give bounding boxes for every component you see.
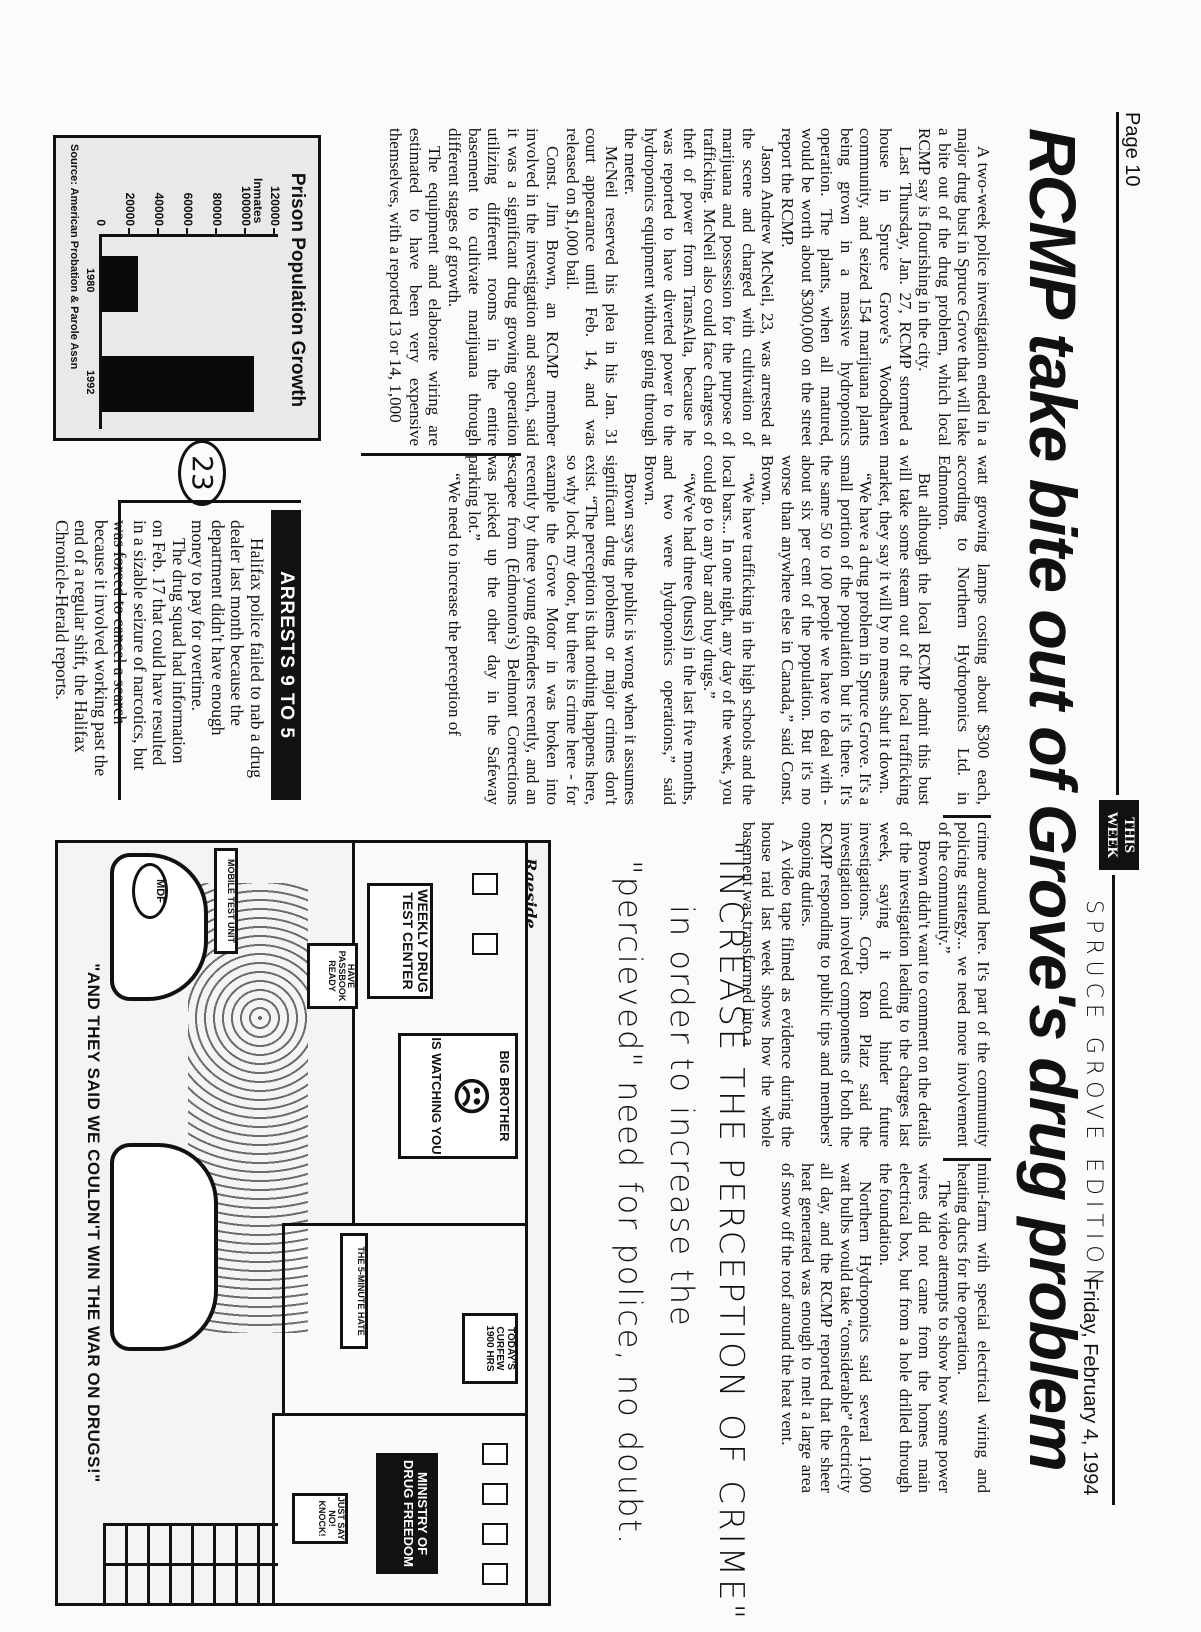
bracket-mark	[361, 453, 521, 456]
paragraph: Jason Andrew McNeil, 23, was arrested at…	[621, 128, 778, 446]
window	[472, 873, 498, 895]
y-tick-label: 20000	[123, 193, 137, 226]
circled-page-number: 23	[178, 440, 226, 506]
article-column-3: crime around here. It's part of the comm…	[738, 822, 993, 1147]
sidebar-rule	[121, 500, 301, 503]
sign-mobile-test-unit: MOBILE TEST UNIT	[214, 848, 238, 954]
paragraph: Brown didn't want to comment on the deta…	[797, 822, 934, 1147]
sign-five-minute-hate: THE 5-MINUTE HATE	[340, 1233, 368, 1349]
paragraph: “We've had three (busts) in the last fiv…	[640, 455, 699, 805]
x-label-1980: 1980	[84, 268, 96, 292]
chart-y-axis	[100, 234, 278, 237]
this-week-label: THIS WEEK	[1104, 812, 1137, 859]
header-rule-left	[1116, 112, 1119, 795]
paragraph: crime around here. It's part of the comm…	[934, 822, 993, 1147]
paragraph: McNeil reserved his plea in his Jan. 31 …	[562, 128, 621, 446]
face-icon: ☹	[443, 1036, 497, 1156]
y-tick-label: 100000	[239, 186, 253, 226]
handwritten-note-line-1: "INCREASE THE PERCEPTION OF CRIME"	[711, 840, 751, 1622]
handwritten-note-line-2: in order to increase the	[663, 905, 701, 1328]
paragraph: “We have trafficking in the high schools…	[699, 455, 758, 805]
cartoon-caption: "AND THEY SAID WE COULDN'T WIN THE WAR O…	[83, 883, 103, 1563]
article-column-1: A two-week police investigation ended in…	[386, 128, 993, 446]
window	[482, 1523, 508, 1545]
cartoonist-signature: Raeside	[521, 858, 540, 929]
paragraph: The equipment and elaborate wiring are e…	[386, 128, 445, 446]
y-tick	[157, 228, 159, 236]
window	[482, 1483, 508, 1505]
y-tick	[128, 228, 130, 236]
editorial-cartoon: WEEKLY DRUG TEST CENTER BIG BROTHER ☹ IS…	[55, 840, 551, 1606]
article-headline: RCMP take bite out of Grove's drug probl…	[1013, 128, 1093, 1508]
paragraph: watt growing lamps costing about $300 ea…	[934, 455, 993, 805]
prison-population-chart: Prison Population Growth Inmates 0 20000…	[53, 135, 321, 441]
article-column-2: watt growing lamps costing about $300 ea…	[444, 455, 993, 805]
sidebar-rule	[118, 500, 121, 800]
window	[482, 1443, 508, 1465]
this-week-badge: THIS WEEK	[1099, 800, 1139, 870]
y-tick-label: 60000	[181, 193, 195, 226]
window	[482, 1563, 508, 1585]
window	[472, 933, 498, 955]
y-tick-label: 40000	[152, 193, 166, 226]
bar-1992	[101, 356, 254, 412]
paragraph: “We have a drug problem in Spruce Grove.…	[758, 455, 876, 805]
sidebar-body: Halifax police failed to nab a drug deal…	[52, 520, 267, 780]
brick-wall	[103, 1523, 278, 1606]
car-illustration	[110, 1143, 218, 1351]
bar-1980	[101, 256, 138, 312]
x-label-1992: 1992	[84, 370, 96, 394]
paragraph: mini-farm with special electrical wiring…	[954, 1163, 993, 1493]
newspaper-page: Page 10 THIS WEEK SPRUCE GROVE EDITION F…	[0, 0, 1201, 1632]
article-column-4: mini-farm with special electrical wiring…	[777, 1163, 993, 1493]
chart-source: Source: American Probation & Parole Assn	[68, 144, 80, 369]
poster-bottom-text: IS WATCHING YOU	[430, 1036, 444, 1156]
bracket-mark	[943, 1158, 991, 1161]
page-number: Page 10	[1120, 112, 1143, 187]
y-tick	[273, 228, 275, 236]
chart-y-axis-label: Inmates	[251, 178, 265, 223]
van-logo: MDF	[132, 863, 168, 919]
sign-drug-test-center: WEEKLY DRUG TEST CENTER	[367, 883, 433, 999]
y-tick	[186, 228, 188, 236]
poster-top-text: BIG BROTHER	[497, 1036, 511, 1156]
sign-ministry-drug-freedom: MINISTRY OF DRUG FREEDOM	[376, 1453, 438, 1574]
y-tick	[215, 228, 217, 236]
paragraph: A two-week police investigation ended in…	[915, 128, 993, 446]
paragraph: Brown says the public is wrong when it a…	[464, 455, 640, 805]
sign-curfew: TODAY'S CURFEW 1900 HRS	[462, 1313, 518, 1384]
chart-title: Prison Population Growth	[286, 150, 308, 430]
y-tick-label: 80000	[210, 193, 224, 226]
sign-just-say-no: JUST SAY NO! KNOCK!	[292, 1493, 348, 1544]
sidebar-paragraph: Halifax police failed to nab a drug deal…	[188, 520, 266, 780]
paragraph: Northern Hydroponics said several 1,000 …	[777, 1163, 875, 1493]
y-tick-label: 120000	[268, 186, 282, 226]
y-tick	[244, 228, 246, 236]
paragraph: The video attempts to show how some powe…	[875, 1163, 953, 1493]
y-tick-label: 0	[94, 219, 108, 226]
bracket-mark	[943, 815, 991, 818]
poster-big-brother: BIG BROTHER ☹ IS WATCHING YOU	[398, 1033, 518, 1159]
paragraph: But although the local RCMP admit this b…	[875, 455, 934, 805]
paragraph: Last Thursday, Jan. 27, RCMP stormed a h…	[777, 128, 914, 446]
sign-passbook: HAVE PASSBOOK READY	[307, 943, 358, 1009]
paragraph: Const. Jim Brown, an RCMP member involve…	[444, 128, 562, 446]
sidebar-title: ARRESTS 9 TO 5	[271, 510, 301, 800]
handwritten-note-line-3: "percieved" need for police, no doubt.	[611, 860, 649, 1546]
paragraph: “We need to increase the perception of	[444, 455, 464, 805]
header-rule-right	[1112, 875, 1115, 1505]
